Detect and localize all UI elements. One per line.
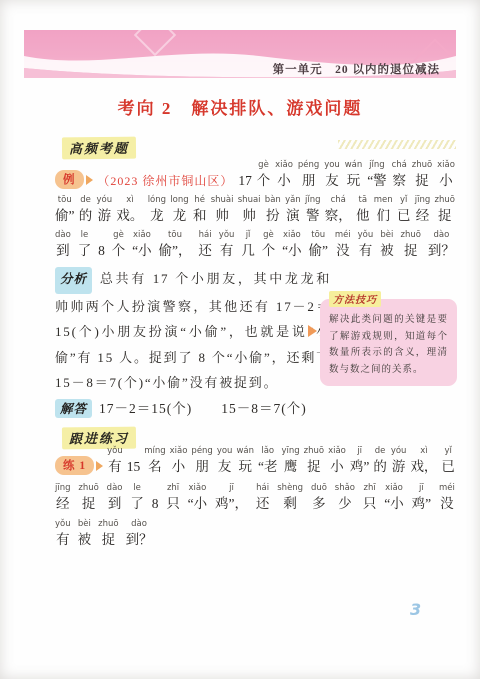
ruby-segment: yǐ已 xyxy=(397,195,411,226)
page-title: 考向 2 解决排队、游戏问题 xyxy=(0,94,480,119)
ruby-segment: péng朋 xyxy=(298,160,319,191)
ruby-segment: jīng经 xyxy=(55,483,71,514)
ruby-segment: tōu偷”， xyxy=(159,230,192,261)
answer-label: 解答 xyxy=(55,399,92,418)
practice-badge: 练 1 xyxy=(55,456,103,475)
answer-text: 17－2＝15(个) 15－8＝7(个) xyxy=(99,401,307,416)
example-badge-label: 例 xyxy=(55,170,84,189)
unit-title: 第一单元 20 以内的退位减法 xyxy=(273,61,440,77)
example-line-2: tōu偷”de的yóu游xì戏。lóng龙long龙hé和shuài帅shuai… xyxy=(55,195,455,226)
ruby-segment: xì戏， xyxy=(410,446,437,477)
exam-section-label: 高频考题 xyxy=(62,137,136,160)
ruby-segment: zhuō捉 xyxy=(401,230,421,261)
practice-line-3: yǒu有bèi被zhuō捉dào到？ xyxy=(55,519,455,550)
ruby-segment: míng名 xyxy=(144,446,165,477)
method-tip-box: 方法技巧 解决此类问题的关键是要了解游戏规则，知道每个数量所表示的含义，理清数与… xyxy=(320,299,457,386)
ruby-segment: yǒu有 xyxy=(358,230,374,261)
analysis-text: 总共有 17 个小朋友，其中龙龙和帅帅两个人扮演警察，其他还有 17－2＝15(… xyxy=(55,271,331,390)
ruby-segment: de的 xyxy=(373,446,387,477)
ruby-segment: wán玩 xyxy=(345,160,363,191)
ruby-segment: yǎn演 xyxy=(285,195,301,226)
example-line-1: 例 （2023 徐州市铜山区） 17gè个xiǎo小péng朋you友wán玩j… xyxy=(55,160,455,191)
ruby-segment: zhī只 xyxy=(363,483,377,514)
ruby-segment: xì戏。 xyxy=(116,195,143,226)
ruby-segment: yǒu有 xyxy=(219,230,235,261)
ruby-segment: chá察 xyxy=(392,160,407,191)
ruby-segment: dào到？ xyxy=(428,230,455,261)
ruby-segment: méi没 xyxy=(439,483,455,514)
ruby-segment: xiǎo小 xyxy=(437,160,455,191)
ruby-segment: le了 xyxy=(78,230,92,261)
ruby-segment: you友 xyxy=(217,446,233,477)
ruby-segment: hái还 xyxy=(198,230,212,261)
ruby-segment: xiǎo“小 xyxy=(132,230,152,261)
ruby-segment: shuài帅 xyxy=(211,195,234,226)
ruby-segment: jī鸡” xyxy=(412,483,432,514)
ruby-segment: hái还 xyxy=(256,483,270,514)
ruby-segment: 8 xyxy=(152,483,159,514)
answer-row: 解答17－2＝15(个) 15－8＝7(个) xyxy=(55,397,307,418)
ruby-segment: men们 xyxy=(374,195,393,226)
ruby-segment: gè个 xyxy=(262,230,276,261)
ruby-segment: gè个 xyxy=(112,230,126,261)
ruby-segment: gè个 xyxy=(257,160,271,191)
ruby-segment: xiǎo“小 xyxy=(282,230,302,261)
ruby-segment: 15 xyxy=(127,446,141,477)
ruby-segment: jī鸡”， xyxy=(215,483,248,514)
ruby-segment: shèng剩 xyxy=(277,483,303,514)
example-line-3: dào到le了 8gè个xiǎo“小tōu偷”，hái还yǒu有jǐ几gè个xi… xyxy=(55,230,455,261)
ruby-segment: yǒu有 xyxy=(55,519,71,550)
ruby-segment: duō多 xyxy=(311,483,327,514)
example-badge: 例 xyxy=(55,170,93,189)
badge-arrow-icon xyxy=(86,175,93,185)
ruby-segment: xiǎo小 xyxy=(170,446,188,477)
ruby-segment: zhī只 xyxy=(166,483,180,514)
tip-pointer-icon xyxy=(308,325,317,337)
practice-line-2: jīng经zhuō捉dào到le了 8zhī只xiǎo“小jī鸡”，hái还sh… xyxy=(55,483,455,514)
ruby-segment: zhuō捉 xyxy=(435,195,455,226)
ruby-segment: shuai帅 xyxy=(238,195,261,226)
ruby-segment: xiǎo小 xyxy=(275,160,293,191)
ruby-segment: péng朋 xyxy=(191,446,212,477)
ruby-segment: xiǎo“小 xyxy=(188,483,208,514)
ruby-segment: bàn扮 xyxy=(265,195,281,226)
ruby-segment: zhuō捉 xyxy=(304,446,324,477)
ruby-segment: yīng鹰 xyxy=(281,446,299,477)
ruby-segment: hé和 xyxy=(193,195,207,226)
ruby-segment: jǐng“警 xyxy=(367,160,387,191)
ruby-segment: 8 xyxy=(98,230,105,261)
ruby-segment: wán玩 xyxy=(236,446,254,477)
ruby-segment: jǐng警 xyxy=(305,195,321,226)
ruby-segment: tōu偷” xyxy=(55,195,75,226)
ruby-segment: lóng龙 xyxy=(148,195,166,226)
ruby-segment: dào到 xyxy=(107,483,123,514)
ruby-segment: zhuō捉 xyxy=(98,519,118,550)
ruby-segment: dào到 xyxy=(55,230,71,261)
ruby-segment: chá察， xyxy=(325,195,352,226)
ruby-segment: tōu偷” xyxy=(308,230,328,261)
ruby-segment: xiǎo“小 xyxy=(384,483,404,514)
example-source: （2023 徐州市铜山区） xyxy=(97,171,233,191)
ruby-segment: you友 xyxy=(324,160,340,191)
ruby-segment: méi没 xyxy=(335,230,351,261)
unit-header-banner: 第一单元 20 以内的退位减法 xyxy=(24,30,456,78)
ruby-segment: le了 xyxy=(130,483,144,514)
ruby-segment: yóu游 xyxy=(97,195,113,226)
analysis-label: 分析 xyxy=(55,267,92,294)
practice-line-1: 练 1 yǒu有 15míng名xiǎo小péng朋you友wán玩lǎo“老y… xyxy=(55,446,455,477)
tip-box-label: 方法技巧 xyxy=(329,291,381,307)
ruby-segment: shǎo少 xyxy=(335,483,355,514)
ruby-segment: jǐ几 xyxy=(241,230,255,261)
practice-badge-label: 练 1 xyxy=(55,456,94,475)
ruby-segment: yǒu有 xyxy=(107,446,123,477)
ruby-segment: dào到？ xyxy=(126,519,153,550)
ruby-segment: 17 xyxy=(238,160,252,191)
ruby-segment: de的 xyxy=(79,195,93,226)
ruby-segment: zhuō捉 xyxy=(412,160,432,191)
badge-arrow-icon xyxy=(96,461,103,471)
hatch-decoration xyxy=(338,140,456,149)
page-number: 3 xyxy=(410,600,421,619)
ruby-segment: jī鸡” xyxy=(350,446,370,477)
ruby-segment: long龙 xyxy=(170,195,188,226)
ruby-segment: tā他 xyxy=(356,195,370,226)
ruby-segment: lǎo“老 xyxy=(258,446,278,477)
analysis-paragraph: 分析总共有 17 个小朋友，其中龙龙和帅帅两个人扮演警察，其他还有 17－2＝1… xyxy=(55,266,331,396)
ruby-segment: zhuō捉 xyxy=(78,483,98,514)
ruby-segment: yǐ已 xyxy=(441,446,455,477)
ruby-segment: xiǎo小 xyxy=(328,446,346,477)
ruby-segment: bèi被 xyxy=(380,230,394,261)
ruby-segment: yóu游 xyxy=(391,446,407,477)
tip-box-text: 解决此类问题的关键是要了解游戏规则，知道每个数量所表示的含义，理清数与数之间的关… xyxy=(329,312,448,378)
ruby-segment: jīng经 xyxy=(415,195,431,226)
ruby-segment: bèi被 xyxy=(78,519,92,550)
